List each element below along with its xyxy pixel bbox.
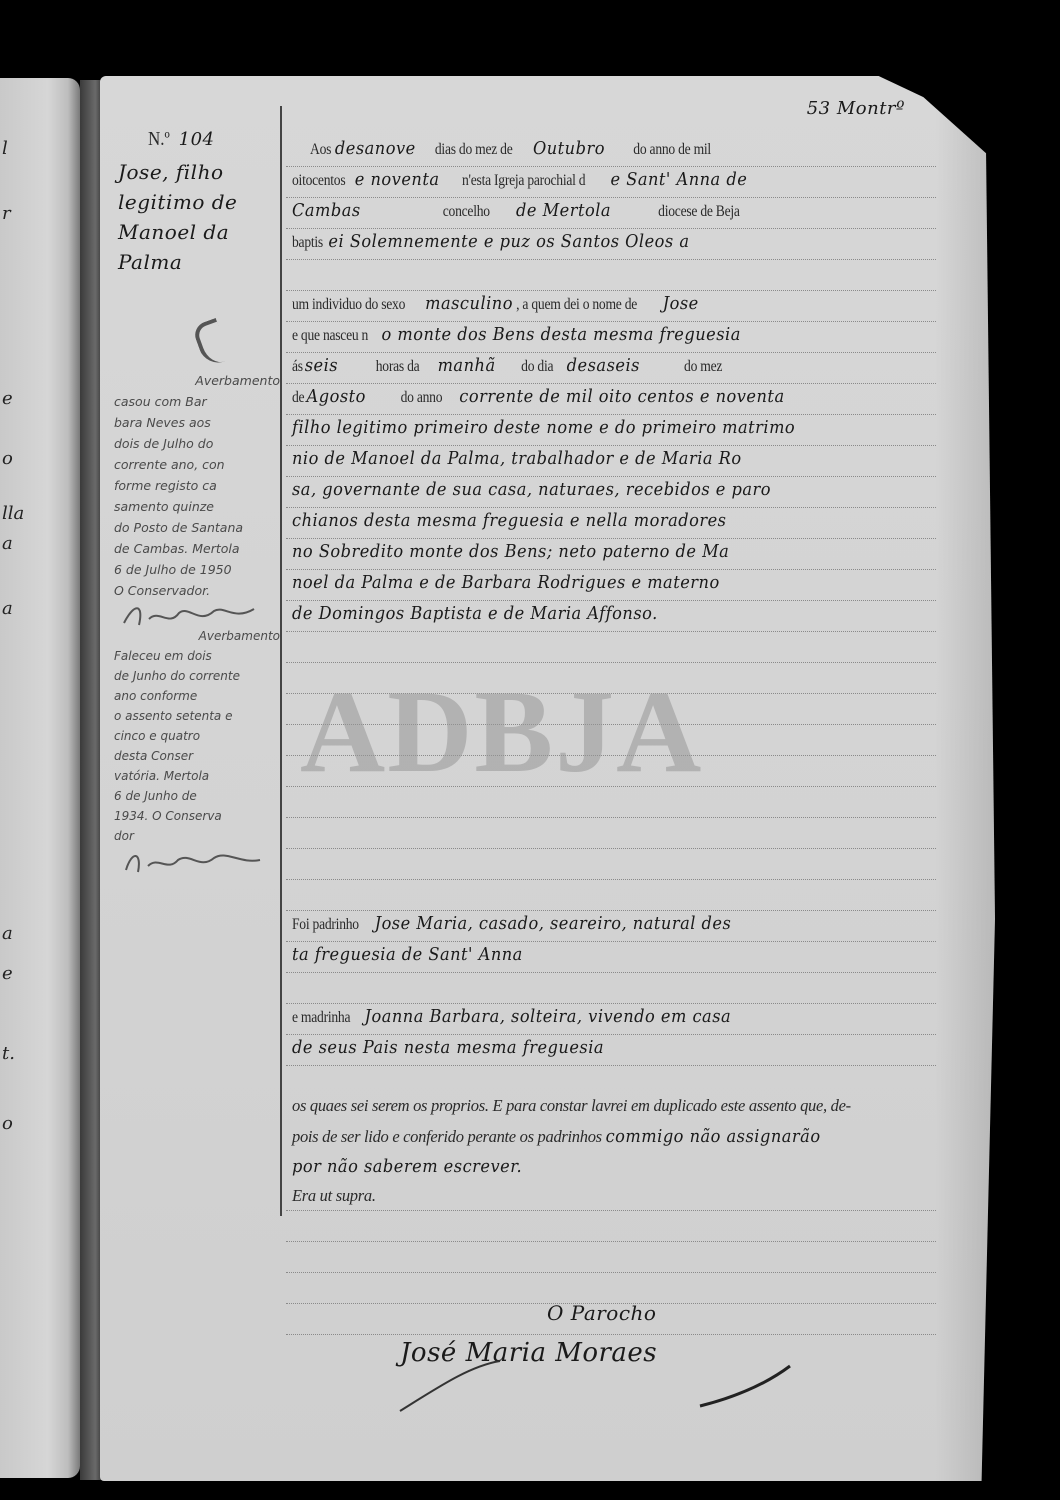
margin-title-line: legitimo de: [118, 187, 278, 217]
padrinho-line-2: ta freguesia de Sant' Anna: [292, 944, 523, 965]
record-line-8: ás seis horas da manhã do dia desaseis d…: [292, 355, 737, 376]
annotation-line: samento quinze: [114, 496, 280, 517]
register-page: 53 Montrº N.º 104 Jose, filho legitimo d…: [100, 76, 995, 1481]
record-line-15: noel da Palma e de Barbara Rodrigues e m…: [292, 572, 720, 593]
record-line-10: filho legitimo primeiro deste nome e do …: [292, 417, 795, 438]
left-page-fragment: lla: [2, 503, 24, 524]
left-page-fragment: e: [2, 388, 13, 409]
padrinho-line: Foi padrinho Jose Maria, casado, seareir…: [292, 913, 731, 934]
annotation-line: do Posto de Santana: [114, 517, 280, 538]
left-page-fragment: r: [2, 203, 11, 224]
annotation-line: O Conservador.: [114, 580, 280, 601]
left-page-fragment: a: [2, 598, 13, 619]
madrinha-value: Joanna Barbara, solteira, vivendo em cas…: [364, 1006, 731, 1027]
record-line-3: Cambas concelho de Mertola diocese de Be…: [292, 200, 762, 221]
left-page-fragment: o: [2, 1113, 13, 1134]
month-value: Outubro: [533, 138, 605, 159]
annotation-line: dois de Julho do: [114, 433, 280, 454]
annotation-line: de Junho do corrente: [114, 666, 280, 686]
left-page-fragment: l: [2, 138, 8, 159]
left-page-fragment: a: [2, 923, 13, 944]
signature-flourish-icon: [380, 1356, 800, 1416]
conservador-signature-icon: [114, 846, 264, 876]
year-value: e noventa: [355, 169, 440, 190]
annotation-line: 6 de Junho de: [114, 786, 280, 806]
closing-line-2: pois de ser lido e conferido perante os …: [292, 1126, 821, 1147]
book-spine: [80, 80, 102, 1480]
annotation-line: vatória. Mertola: [114, 766, 280, 786]
margin-title-line: Palma: [118, 247, 278, 277]
madrinha-line: e madrinha Joanna Barbara, solteira, viv…: [292, 1006, 731, 1027]
margin-title-line: Jose, filho: [118, 157, 278, 187]
record-line-9: de Agosto do anno corrente de mil oito c…: [292, 386, 785, 407]
record-line-11: nio de Manoel da Palma, trabalhador e de…: [292, 448, 742, 469]
annotation-line: dor: [114, 826, 280, 846]
name-value: Jose: [663, 293, 699, 314]
record-line-7: e que nasceu no monte dos Bens desta mes…: [292, 324, 741, 345]
margin-flourish: [191, 318, 230, 368]
record-line-2: oitocentos e noventa n'esta Igreja paroc…: [292, 169, 747, 190]
record-line-4: baptisei Solemnemente e puz os Santos Ol…: [292, 231, 690, 252]
sex-value: masculino: [425, 293, 513, 314]
annotation-line: Faleceu em dois: [114, 646, 280, 666]
record-line-13: chianos desta mesma freguesia e nella mo…: [292, 510, 726, 531]
annotation-line: forme registo ca: [114, 475, 280, 496]
archive-watermark: ADBJA: [300, 664, 703, 800]
annotation-line: casou com Bar: [114, 391, 280, 412]
concelho-value: de Mertola: [516, 200, 611, 221]
birthplace-value: o monte dos Bens desta mesma freguesia: [382, 324, 741, 345]
annotation-line: desta Conser: [114, 746, 280, 766]
record-line-12: sa, governante de sua casa, naturaes, re…: [292, 479, 771, 500]
closing-line-3: por não saberem escrever.: [292, 1156, 522, 1177]
signature-title: O Parocho: [547, 1301, 656, 1325]
annotation-line: Averbamento: [114, 370, 280, 391]
margin-title-line: Manoel da: [118, 217, 278, 247]
annotation-line: 6 de Julho de 1950: [114, 559, 280, 580]
left-page-fragment: e: [2, 963, 13, 984]
madrinha-line-2: de seus Pais nesta mesma freguesia: [292, 1037, 604, 1058]
record-line-16: de Domingos Baptista e de Maria Affonso.: [292, 603, 658, 624]
record-line-6: um individuo do sexo masculino , a quem …: [292, 293, 699, 314]
marginal-annotation-marriage: Averbamento casou com Bar bara Neves aos…: [114, 370, 280, 637]
page-annotation: 53 Montrº: [807, 98, 905, 119]
annotation-line: 1934. O Conserva: [114, 806, 280, 826]
annotation-line: Averbamento: [114, 626, 280, 646]
record-line-1: Aos desanove dias do mez de Outubro do a…: [310, 138, 730, 159]
left-facing-page: l r e o lla a a a e t. o: [0, 78, 80, 1478]
annotation-line: de Cambas. Mertola: [114, 538, 280, 559]
record-margin: N.º 104 Jose, filho legitimo de Manoel d…: [118, 128, 278, 277]
left-page-fragment: o: [2, 448, 13, 469]
annotation-line: corrente ano, con: [114, 454, 280, 475]
left-page-fragment: t.: [2, 1043, 15, 1064]
padrinho-value: Jose Maria, casado, seareiro, natural de…: [375, 913, 732, 934]
record-number: 104: [179, 129, 215, 150]
annotation-line: o assento setenta e: [114, 706, 280, 726]
annotation-line: ano conforme: [114, 686, 280, 706]
annotation-line: bara Neves aos: [114, 412, 280, 433]
left-page-fragment: a: [2, 533, 13, 554]
record-number-label: N.º: [148, 128, 170, 151]
marginal-annotation-death: Averbamento Faleceu em dois de Junho do …: [114, 626, 280, 882]
day-value: desanove: [335, 138, 416, 159]
closing-line-1: os quaes sei serem os proprios. E para c…: [292, 1096, 851, 1116]
record-line-14: no Sobredito monte dos Bens; neto patern…: [292, 541, 729, 562]
annotation-line: cinco e quatro: [114, 726, 280, 746]
parish-value: e Sant' Anna de: [611, 169, 748, 190]
closing-line-4: Era ut supra.: [292, 1186, 376, 1206]
margin-rule: [280, 106, 282, 1216]
